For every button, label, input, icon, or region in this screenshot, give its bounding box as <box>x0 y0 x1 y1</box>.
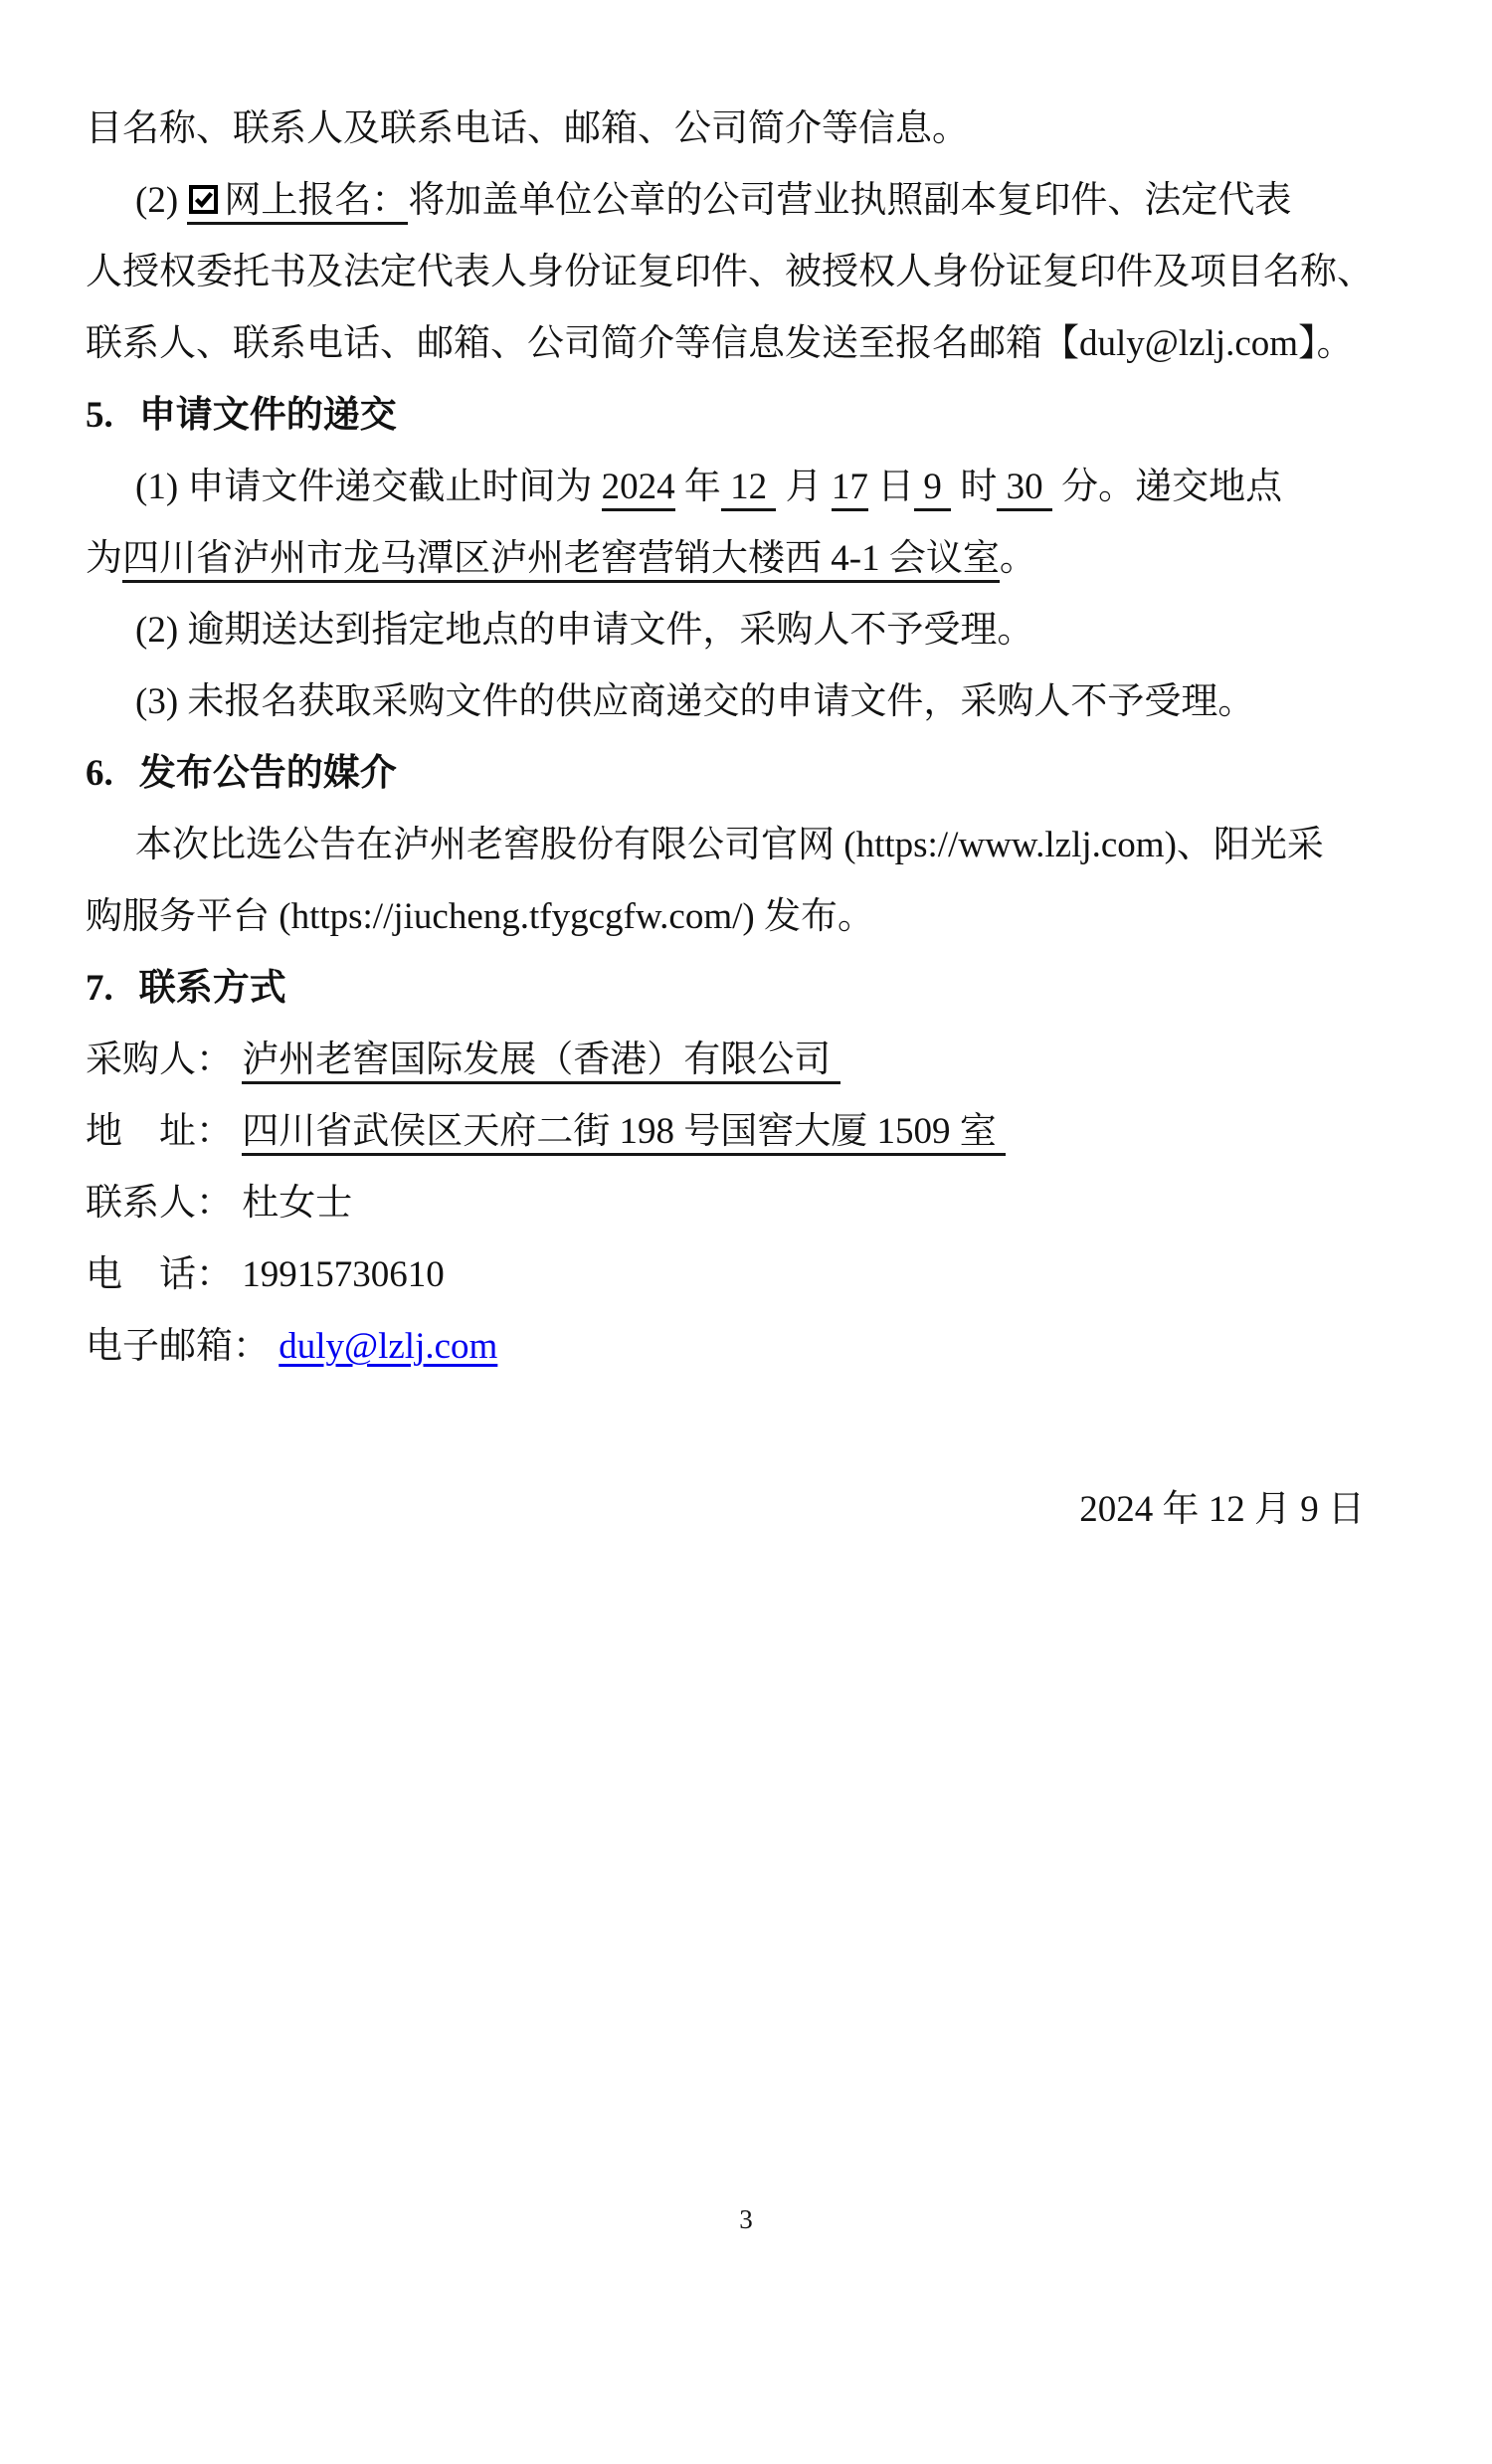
text-run: 本次比选公告在泸州老窖股份有限公司官网 (https://www.lzlj.co… <box>135 825 1324 865</box>
contact-address-row: 地 址： 四川省武侯区天府二街 198 号国窖大厦 1509 室 <box>86 1096 1414 1168</box>
sign-date: 2024 年 12 月 9 日 <box>86 1474 1365 1546</box>
contact-purchaser-label: 采购人： <box>86 1040 242 1080</box>
section-heading-5: 5.申请文件的递交 <box>86 380 1414 452</box>
delivery-address-underlined: 四川省泸州市龙马潭区泸州老窖营销大楼西 4-1 会议室 <box>122 538 1000 583</box>
text-run: 日 <box>868 467 914 507</box>
page-number-text: 3 <box>739 2204 753 2234</box>
text-run: 为 <box>86 538 122 579</box>
section-heading-7: 7.联系方式 <box>86 953 1414 1025</box>
document-page: 目名称、联系人及联系电话、邮箱、公司简介等信息。 (2) 网上报名：将加盖单位公… <box>0 0 1492 2464</box>
section-title: 联系方式 <box>139 968 286 1009</box>
contact-email-label: 电子邮箱： <box>86 1326 279 1367</box>
deadline-hour: 9 <box>914 467 951 511</box>
paragraph-announcement-media-line2: 购服务平台 (https://jiucheng.tfygcgfw.com/) 发… <box>86 881 1414 953</box>
paragraph-late-delivery: (2) 逾期送达到指定地点的申请文件，采购人不予受理。 <box>86 595 1414 666</box>
paragraph-unregistered-supplier: (3) 未报名获取采购文件的供应商递交的申请文件，采购人不予受理。 <box>86 666 1414 738</box>
contact-purchaser-value: 泸州老窖国际发展（香港）有限公司 <box>242 1040 839 1084</box>
contact-address-value: 四川省武侯区天府二街 198 号国窖大厦 1509 室 <box>242 1111 1006 1156</box>
text-run: 分。递交地点 <box>1052 467 1282 507</box>
text-run: 。 <box>1000 538 1036 579</box>
deadline-month: 12 <box>721 467 777 511</box>
contact-phone-row: 电 话： 19915730610 <box>86 1239 1414 1311</box>
contact-address-label: 地 址： <box>86 1111 242 1152</box>
document-content: 目名称、联系人及联系电话、邮箱、公司简介等信息。 (2) 网上报名：将加盖单位公… <box>0 0 1492 1546</box>
text-run: 目名称、联系人及联系电话、邮箱、公司简介等信息。 <box>86 108 969 149</box>
page-number: 3 <box>0 2202 1492 2236</box>
text-run: 联系人、联系电话、邮箱、公司简介等信息发送至报名邮箱【duly@lzlj.com… <box>86 323 1354 364</box>
section-number: 7. <box>86 968 113 1009</box>
contact-person-row: 联系人： 杜女士 <box>86 1168 1414 1239</box>
section-number: 5. <box>86 395 113 436</box>
text-run: 将加盖单位公章的公司营业执照副本复印件、法定代表 <box>408 180 1291 221</box>
checkbox-checked-icon <box>189 185 218 214</box>
list-marker: (2) <box>135 180 187 221</box>
contact-purchaser-row: 采购人： 泸州老窖国际发展（香港）有限公司 <box>86 1025 1414 1096</box>
online-registration-underlined: 网上报名： <box>187 180 408 225</box>
text-run: 年 <box>675 467 721 507</box>
text-run: (2) 逾期送达到指定地点的申请文件，采购人不予受理。 <box>135 610 1033 651</box>
sign-date-text: 2024 年 12 月 9 日 <box>1079 1489 1365 1530</box>
paragraph-online-registration: (2) 网上报名：将加盖单位公章的公司营业执照副本复印件、法定代表 <box>86 165 1414 237</box>
deadline-minute: 30 <box>997 467 1052 511</box>
text-run: 时 <box>951 467 997 507</box>
text-run: 网上报名： <box>224 180 408 221</box>
paragraph-announcement-media-line1: 本次比选公告在泸州老窖股份有限公司官网 (https://www.lzlj.co… <box>86 810 1414 881</box>
text-run: (3) 未报名获取采购文件的供应商递交的申请文件，采购人不予受理。 <box>135 681 1254 722</box>
section-heading-6: 6.发布公告的媒介 <box>86 738 1414 810</box>
section-title: 申请文件的递交 <box>139 395 397 436</box>
section-title: 发布公告的媒介 <box>139 753 397 794</box>
deadline-day: 17 <box>832 467 868 511</box>
contact-person-text: 联系人： 杜女士 <box>86 1183 352 1224</box>
text-run: 人授权委托书及法定代表人身份证复印件、被授权人身份证复印件及项目名称、 <box>86 252 1374 292</box>
paragraph-delivery-address: 为四川省泸州市龙马潭区泸州老窖营销大楼西 4-1 会议室。 <box>86 523 1414 595</box>
deadline-year: 2024 <box>602 467 675 511</box>
contact-email-row: 电子邮箱： duly@lzlj.com <box>86 1311 1414 1383</box>
paragraph-online-registration-line2: 人授权委托书及法定代表人身份证复印件、被授权人身份证复印件及项目名称、 <box>86 237 1414 308</box>
text-run: 月 <box>776 467 832 507</box>
paragraph-info-continuation: 目名称、联系人及联系电话、邮箱、公司简介等信息。 <box>86 94 1414 165</box>
contact-phone-text: 电 话： 19915730610 <box>86 1254 445 1295</box>
section-number: 6. <box>86 753 113 794</box>
paragraph-online-registration-line3: 联系人、联系电话、邮箱、公司简介等信息发送至报名邮箱【duly@lzlj.com… <box>86 308 1414 380</box>
contact-email-link[interactable]: duly@lzlj.com <box>279 1326 497 1367</box>
text-run: (1) 申请文件递交截止时间为 <box>135 467 602 507</box>
paragraph-deadline: (1) 申请文件递交截止时间为 2024 年 12 月 17 日 9 时 30 … <box>86 452 1414 523</box>
text-run: 购服务平台 (https://jiucheng.tfygcgfw.com/) 发… <box>86 896 874 937</box>
